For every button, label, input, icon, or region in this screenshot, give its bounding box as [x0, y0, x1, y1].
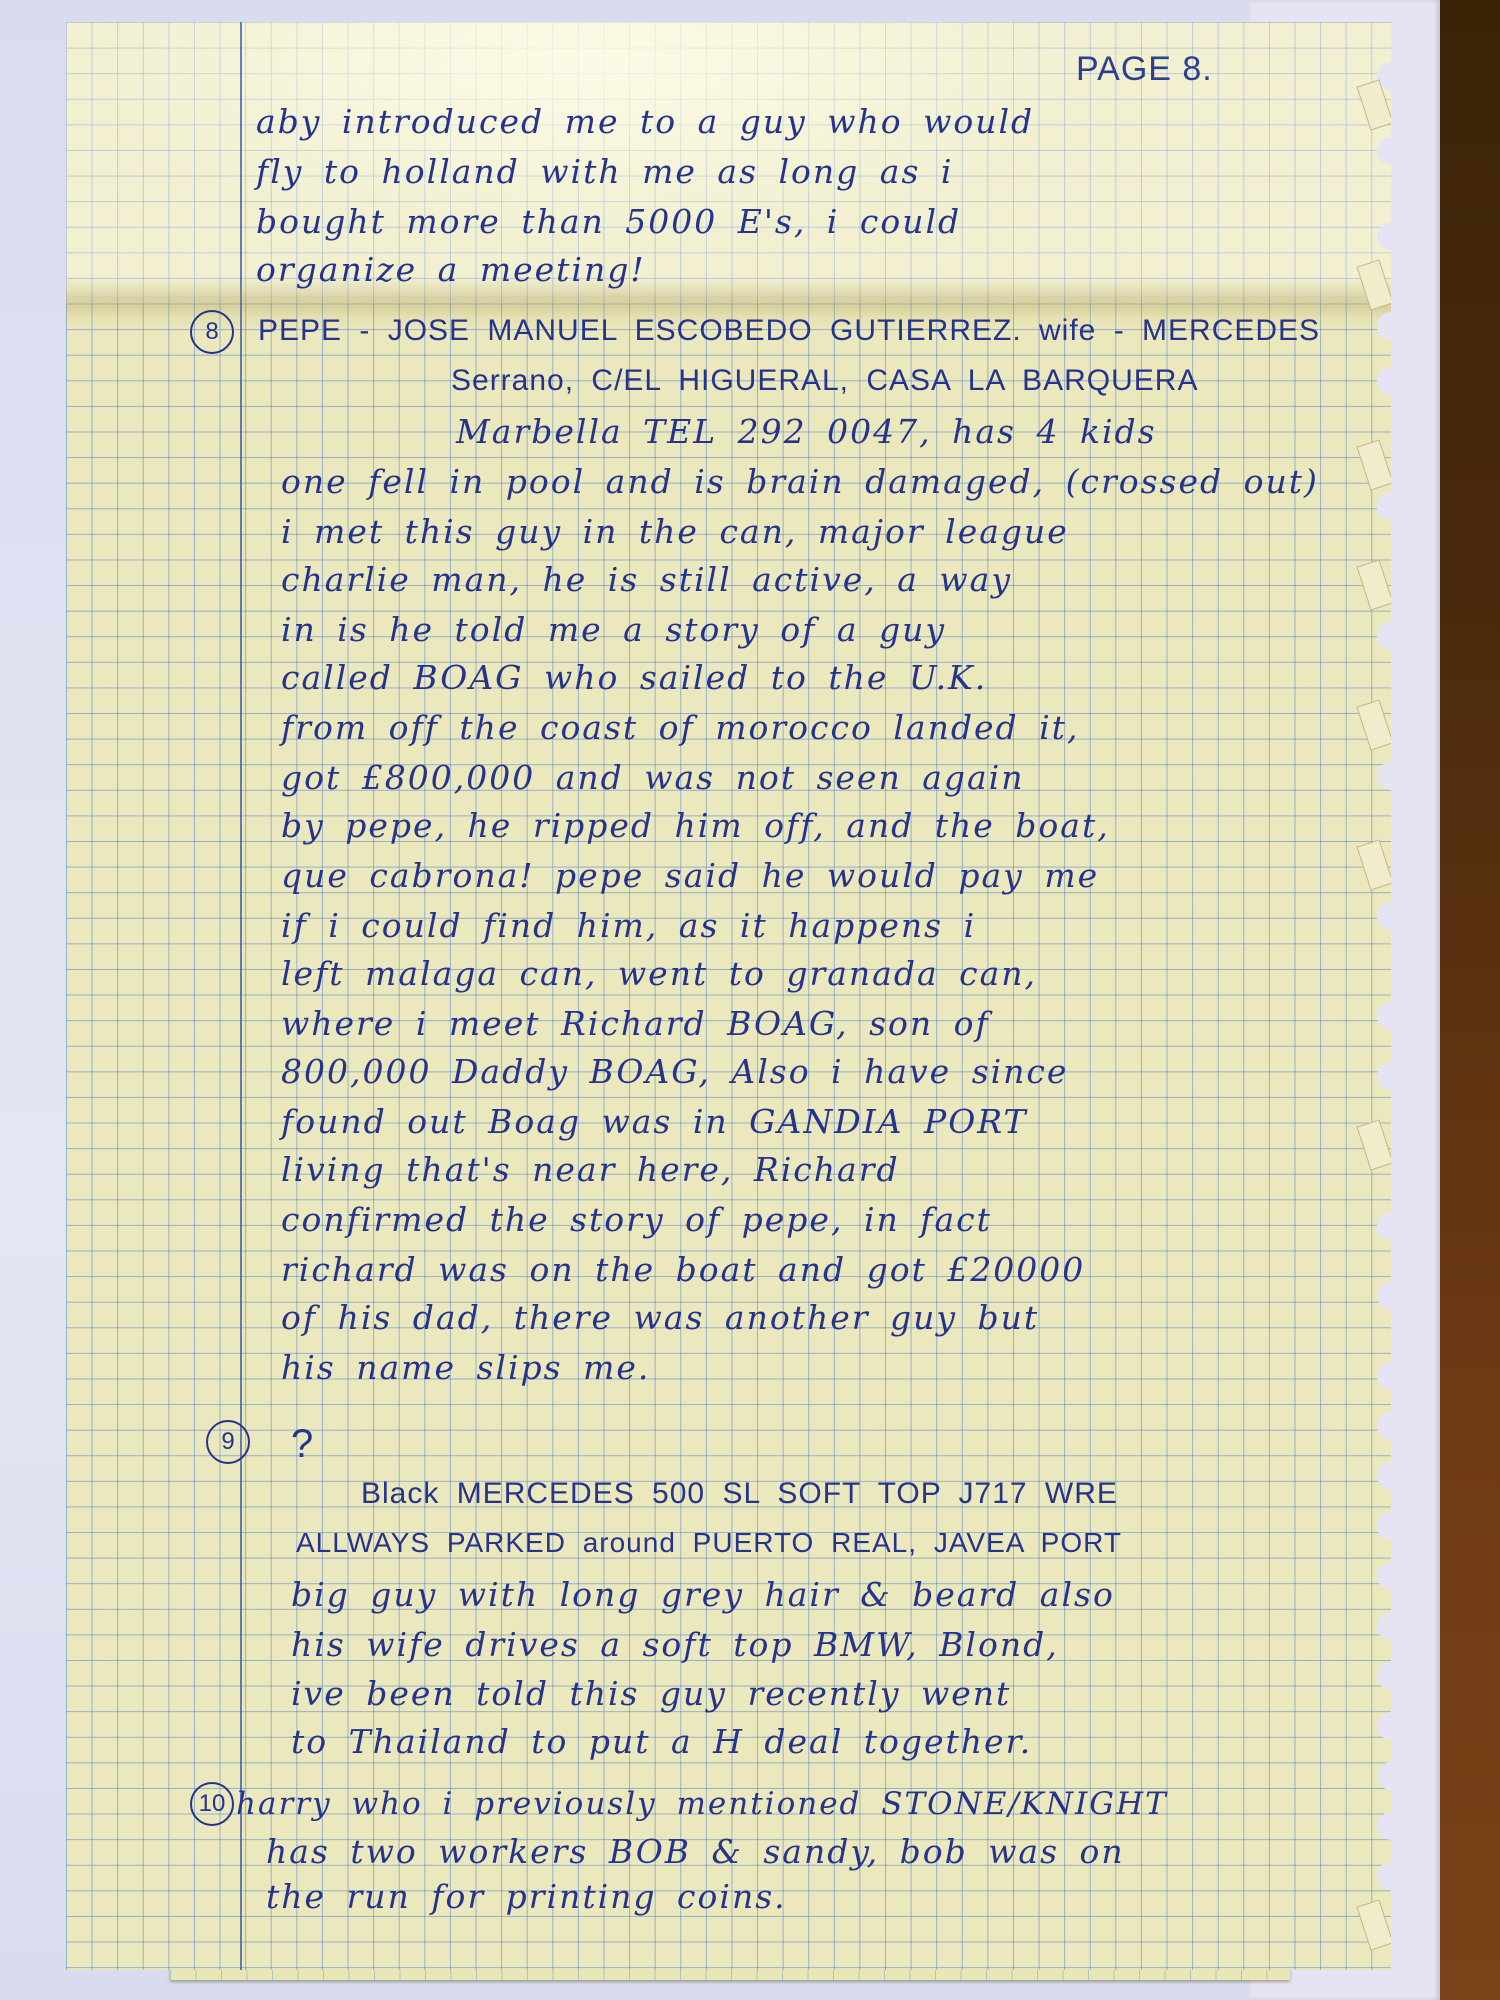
entry-line: left malaga can, went to granada can,	[281, 954, 1037, 993]
entry-line: of his dad, there was another guy but	[281, 1298, 1039, 1337]
handwritten-text: aby introduced me to a guy who would fly…	[66, 22, 1391, 1970]
entry-line: his wife drives a soft top BMW, Blond,	[291, 1625, 1059, 1664]
entry-line: ive been told this guy recently went	[291, 1674, 1011, 1713]
intro-line: fly to holland with me as long as i	[256, 152, 953, 191]
notebook-page: PAGE 8. aby introduced me to a guy who w…	[66, 22, 1391, 1970]
entry-line: has two workers BOB & sandy, bob was on	[266, 1832, 1125, 1871]
entry-line: from off the coast of morocco landed it,	[281, 708, 1079, 747]
entry-line: to Thailand to put a H deal together.	[291, 1722, 1032, 1761]
entry-line: Serrano, C/EL HIGUERAL, CASA LA BARQUERA	[451, 364, 1198, 398]
entry-line: if i could find him, as it happens i	[281, 906, 976, 945]
entry-line: by pepe, he ripped him off, and the boat…	[281, 806, 1110, 845]
entry-line: where i meet Richard BOAG, son of	[281, 1004, 990, 1043]
entry-line: i met this guy in the can, major league	[281, 512, 1069, 551]
entry-line: called BOAG who sailed to the U.K.	[281, 658, 987, 697]
entry-line: 800,000 Daddy BOAG, Also i have since	[281, 1052, 1068, 1091]
entry-line: ALLWAYS PARKED around PUERTO REAL, JAVEA…	[296, 1527, 1122, 1559]
entry-line: Black MERCEDES 500 SL SOFT TOP J717 WRE	[361, 1477, 1118, 1511]
entry-line: found out Boag was in GANDIA PORT	[281, 1102, 1028, 1141]
entry-line: Marbella TEL 292 0047, has 4 kids	[456, 412, 1157, 451]
entry-line: PEPE - JOSE MANUEL ESCOBEDO GUTIERREZ. w…	[258, 314, 1320, 348]
entry-line: ?	[291, 1422, 314, 1467]
entry-line: the run for printing coins.	[266, 1877, 787, 1916]
entry-line: confirmed the story of pepe, in fact	[281, 1200, 992, 1239]
entry-line: got £800,000 and was not seen again	[281, 758, 1024, 797]
entry-number-badge: 9	[206, 1420, 250, 1464]
entry-line: que cabrona! pepe said he would pay me	[281, 856, 1099, 895]
entry-line: harry who i previously mentioned STONE/K…	[236, 1786, 1168, 1822]
intro-line: organize a meeting!	[256, 250, 646, 289]
entry-line: charlie man, he is still active, a way	[281, 560, 1012, 599]
entry-number-badge: 10	[190, 1782, 234, 1826]
entry-line: big guy with long grey hair & beard also	[291, 1575, 1115, 1614]
entry-line: living that's near here, Richard	[281, 1150, 900, 1189]
intro-line: bought more than 5000 E's, i could	[256, 202, 961, 241]
entry-line: his name slips me.	[281, 1348, 650, 1387]
entry-line: richard was on the boat and got £20000	[281, 1250, 1085, 1289]
intro-line: aby introduced me to a guy who would	[256, 102, 1034, 141]
entry-line: in is he told me a story of a guy	[281, 610, 946, 649]
desk-background	[1432, 0, 1500, 2000]
entry-line: one fell in pool and is brain damaged, (…	[281, 462, 1319, 501]
entry-number-badge: 8	[190, 310, 234, 354]
